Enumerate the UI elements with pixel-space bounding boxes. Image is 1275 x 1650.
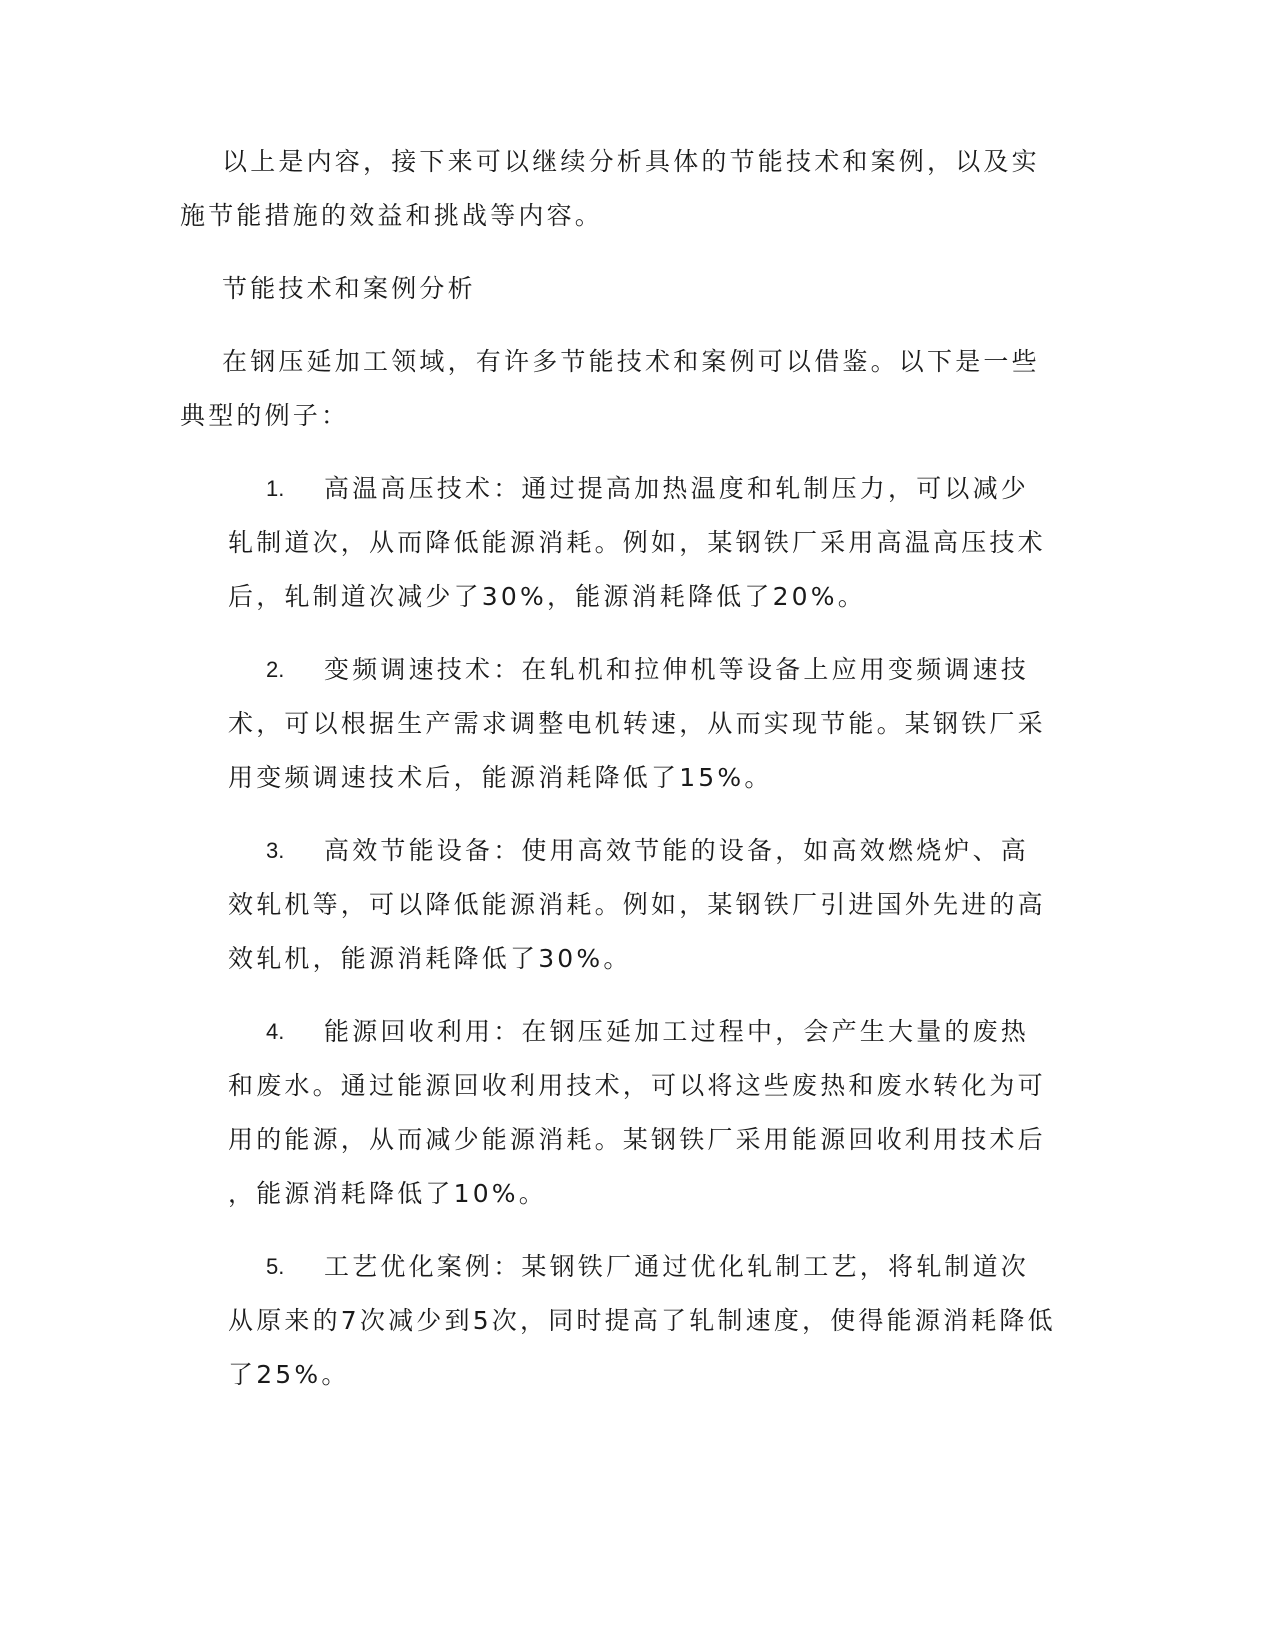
list-item-line: 用的能源，从而减少能源消耗。某钢铁厂采用能源回收利用技术后 — [228, 1125, 1046, 1155]
list-item-line: ，能源消耗降低了10%。 — [228, 1179, 547, 1209]
list-item-line: 能源回收利用：在钢压延加工过程中，会产生大量的废热 — [324, 1017, 1029, 1047]
list-item-line: 效轧机等，可以降低能源消耗。例如，某钢铁厂引进国外先进的高 — [228, 890, 1046, 920]
list-number: 1. — [266, 474, 284, 504]
list-item-line: 效轧机，能源消耗降低了30%。 — [228, 944, 632, 974]
document-page: 以上是内容，接下来可以继续分析具体的节能技术和案例，以及实 施节能措施的效益和挑… — [0, 0, 1275, 1650]
list-item-line: 变频调速技术：在轧机和拉伸机等设备上应用变频调速技 — [324, 655, 1029, 685]
list-number: 3. — [266, 836, 284, 866]
list-number: 2. — [266, 655, 284, 685]
lead-line-1: 在钢压延加工领域，有许多节能技术和案例可以借鉴。以下是一些 — [222, 347, 1040, 377]
list-item-line: 用变频调速技术后，能源消耗降低了15%。 — [228, 763, 773, 793]
list-item-line: 高效节能设备：使用高效节能的设备，如高效燃烧炉、高 — [324, 836, 1029, 866]
list-item-line: 从原来的7次减少到5次，同时提高了轧制速度，使得能源消耗降低 — [228, 1306, 1056, 1336]
intro-line-2: 施节能措施的效益和挑战等内容。 — [180, 201, 603, 231]
list-number: 5. — [266, 1252, 284, 1282]
list-item-line: 高温高压技术：通过提高加热温度和轧制压力，可以减少 — [324, 474, 1029, 504]
list-item-line: 轧制道次，从而降低能源消耗。例如，某钢铁厂采用高温高压技术 — [228, 528, 1046, 558]
list-item-line: 术，可以根据生产需求调整电机转速，从而实现节能。某钢铁厂采 — [228, 709, 1046, 739]
intro-line-1: 以上是内容，接下来可以继续分析具体的节能技术和案例，以及实 — [222, 147, 1040, 177]
list-number: 4. — [266, 1017, 284, 1047]
list-item-line: 和废水。通过能源回收利用技术，可以将这些废热和废水转化为可 — [228, 1071, 1046, 1101]
list-item-line: 工艺优化案例：某钢铁厂通过优化轧制工艺，将轧制道次 — [324, 1252, 1029, 1282]
section-heading: 节能技术和案例分析 — [222, 274, 476, 304]
list-item-line: 了25%。 — [228, 1360, 350, 1390]
list-item-line: 后，轧制道次减少了30%，能源消耗降低了20%。 — [228, 582, 866, 612]
lead-line-2: 典型的例子： — [180, 401, 349, 431]
